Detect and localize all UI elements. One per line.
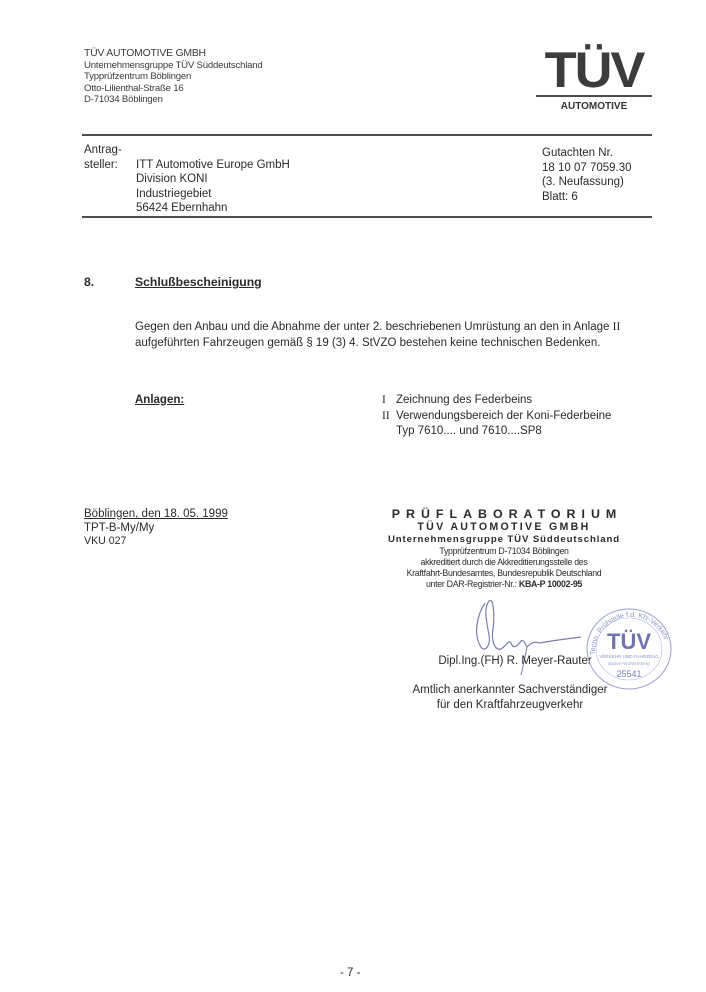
section-title: Schlußbescheinigung	[135, 275, 262, 289]
place-date: Böblingen, den 18. 05. 1999	[84, 508, 228, 522]
report-info: Gutachten Nr. 18 10 07 7059.30 (3. Neufa…	[542, 146, 632, 204]
header-rule-bottom	[82, 216, 652, 218]
attachment-text: Verwendungsbereich der Koni-Federbeine	[396, 409, 611, 425]
stamp-line2: Baden-Württemberg	[608, 661, 650, 666]
section-number: 8.	[84, 275, 94, 289]
applicant-division: Division KONI	[136, 172, 290, 187]
stamp-line1: VERKEHR UND FAHRZEUG	[599, 654, 659, 659]
paragraph-line-1: Gegen den Anbau und die Abnahme der unte…	[135, 320, 620, 336]
header-rule-top	[82, 134, 652, 136]
applicant-label-line2: steller:	[84, 158, 134, 173]
stamp-mark: TÜV	[607, 629, 651, 654]
laboratory-accreditation-2: Kraftfahrt-Bundesamtes, Bundesrepublik D…	[368, 568, 640, 579]
page-number: - 7 -	[340, 967, 360, 979]
applicant-name: ITT Automotive Europe GmbH	[136, 158, 290, 173]
official-stamp: Techn. Prüfstelle f.d. Kfz-Verkehr TÜV V…	[583, 605, 675, 693]
paragraph-line-1-text: Gegen den Anbau und die Abnahme der unte…	[135, 321, 613, 333]
laboratory-title: PRÜFLABORATORIUM	[368, 507, 640, 521]
applicant-postal-city: 56424 Ebernhahn	[136, 201, 290, 216]
letterhead-address: TÜV AUTOMOTIVE GMBH Unternehmensgruppe T…	[84, 48, 263, 106]
section-paragraph: Gegen den Anbau und die Abnahme der unte…	[135, 320, 620, 351]
tuv-logo-subtitle: AUTOMOTIVE	[536, 101, 652, 112]
stamp-number: 25541	[616, 669, 641, 679]
attachments-label: Anlagen:	[135, 394, 184, 406]
applicant-label: Antrag- steller:	[84, 143, 134, 172]
registry-number: KBA-P 10002-95	[519, 579, 582, 589]
letterhead-city: D-71034 Böblingen	[84, 94, 263, 106]
letterhead-street: Otto-Lilienthal-Straße 16	[84, 83, 263, 95]
letterhead-center: Typprüfzentrum Böblingen	[84, 71, 263, 83]
registry-prefix: unter DAR-Registrier-Nr.:	[426, 579, 517, 589]
laboratory-accreditation-1: akkreditiert durch die Akkreditierungsst…	[368, 557, 640, 568]
applicant-address: ITT Automotive Europe GmbH Division KONI…	[136, 158, 290, 216]
laboratory-center: Typprüfzentrum D-71034 Böblingen	[368, 546, 640, 557]
report-number: 18 10 07 7059.30	[542, 161, 632, 176]
report-label: Gutachten Nr.	[542, 146, 632, 161]
tuv-logo-mark: TÜV	[533, 48, 655, 92]
attachment-text: Zeichnung des Federbeins	[396, 393, 532, 409]
reference-code: TPT-B-My/My	[84, 522, 228, 536]
laboratory-block: PRÜFLABORATORIUM TÜV AUTOMOTIVE GMBH Unt…	[368, 507, 640, 590]
report-sheet: Blatt: 6	[542, 190, 632, 205]
vku-code: VKU 027	[84, 535, 228, 549]
paragraph-annex-numeral: II	[613, 321, 621, 333]
laboratory-registry: unter DAR-Registrier-Nr.: KBA-P 10002-95	[368, 579, 640, 590]
signer-role-line2: für den Kraftfahrzeugverkehr	[360, 698, 660, 713]
attachment-text: Typ 7610.... und 7610....SP8	[396, 424, 542, 440]
tuv-logo: TÜV AUTOMOTIVE	[536, 48, 652, 112]
issuance-block: Böblingen, den 18. 05. 1999 TPT-B-My/My …	[84, 508, 228, 549]
laboratory-company: TÜV AUTOMOTIVE GMBH	[368, 521, 640, 534]
laboratory-group: Unternehmensgruppe TÜV Süddeutschland	[368, 534, 640, 546]
letterhead-group: Unternehmensgruppe TÜV Süddeutschland	[84, 60, 263, 72]
paragraph-line-2: aufgeführten Fahrzeugen gemäß § 19 (3) 4…	[135, 336, 620, 352]
applicant-area: Industriegebiet	[136, 187, 290, 202]
letterhead-company: TÜV AUTOMOTIVE GMBH	[84, 48, 263, 60]
applicant-label-line1: Antrag-	[84, 143, 134, 158]
report-revision: (3. Neufassung)	[542, 175, 632, 190]
